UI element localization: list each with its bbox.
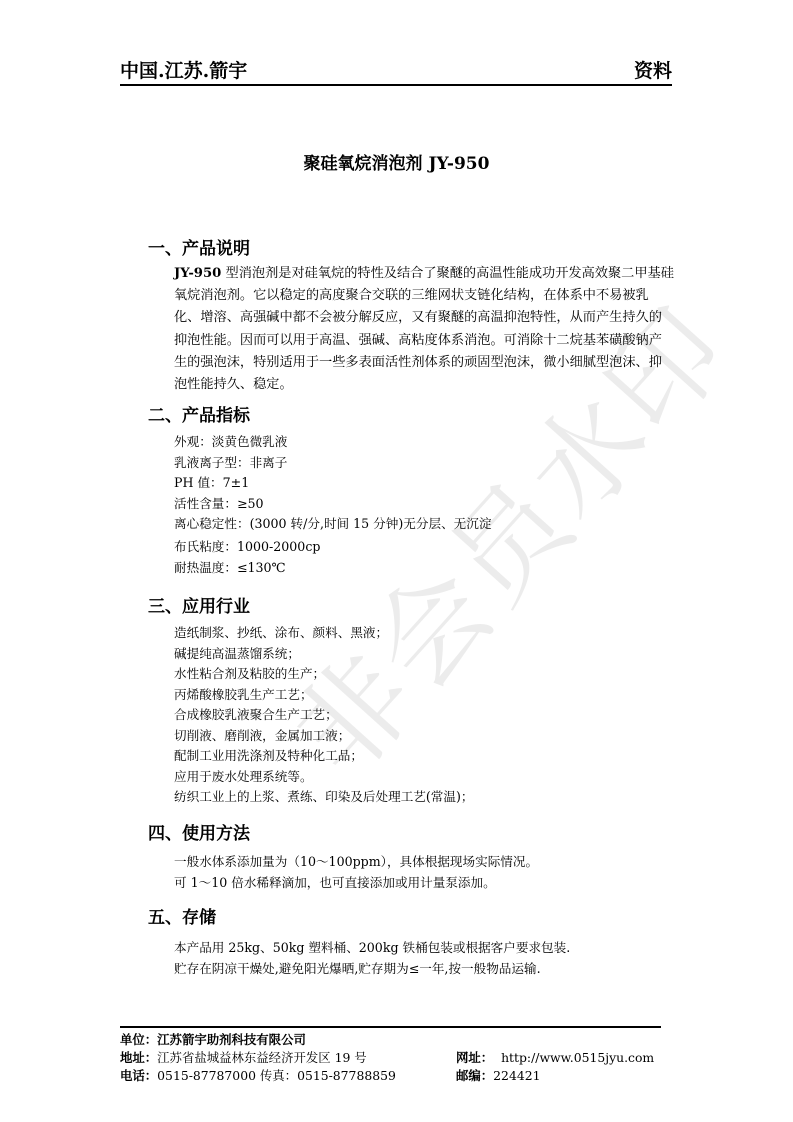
address-value: 江苏省盐城益林东益经济开发区 19 号 xyxy=(157,1050,367,1065)
spec-centrifugal-stability: 离心稳定性：(3000 转/分,时间 15 分钟)无分层、无沉淀 xyxy=(174,514,491,535)
footer-address-row: 地址：江苏省盐城益林东益经济开发区 19 号 网址： http://www.05… xyxy=(120,1048,680,1066)
description-text: 型消泡剂是对硅氧烷的特性及结合了聚醚的高温性能成功开发高效聚二甲基硅氧烷消泡剂。… xyxy=(174,266,674,392)
application-item: 切削液、磨削液，金属加工液； xyxy=(174,726,473,747)
postcode-value: 224421 xyxy=(493,1068,540,1083)
application-item: 合成橡胶乳液聚合生产工艺； xyxy=(174,705,473,726)
address-label: 地址： xyxy=(120,1050,157,1065)
website-link[interactable]: http://www.0515jyu.com xyxy=(501,1050,654,1065)
spec-viscosity: 布氏粘度：1000-2000cp xyxy=(174,537,491,558)
spec-appearance: 外观：淡黄色微乳液 xyxy=(174,432,491,453)
storage-list: 本产品用 25kg、50kg 塑料桶、200kg 铁桶包装或根据客户要求包装. … xyxy=(174,937,570,979)
storage-item: 贮存在阴凉干燥处,避免阳光爆晒,贮存期为≤一年,按一般物品运输. xyxy=(174,958,570,979)
section-description-paragraph: JY-950 型消泡剂是对硅氧烷的特性及结合了聚醚的高温性能成功开发高效聚二甲基… xyxy=(174,263,674,396)
website-label: 网址： xyxy=(456,1050,493,1065)
application-item: 应用于废水处理系统等。 xyxy=(174,767,473,788)
application-item: 丙烯酸橡胶乳生产工艺； xyxy=(174,685,473,706)
product-code: JY-950 xyxy=(174,266,221,281)
usage-list: 一般水体系添加量为（10～100ppm），具体根据现场实际情况。 可 1～10 … xyxy=(174,851,538,893)
postcode-group: 邮编：224421 xyxy=(456,1066,540,1084)
applications-list: 造纸制浆、抄纸、涂布、颜料、黑液； 碱提纯高温蒸馏系统； 水性粘合剂及粘胶的生产… xyxy=(174,623,473,808)
section-heading-description: 一、产品说明 xyxy=(148,234,250,259)
application-item: 配制工业用洗涤剂及特种化工品； xyxy=(174,746,473,767)
footer-divider xyxy=(120,1026,661,1028)
header-left: 中国.江苏.箭宇 xyxy=(120,56,247,83)
phone-label: 电话： xyxy=(120,1068,157,1083)
storage-item: 本产品用 25kg、50kg 塑料桶、200kg 铁桶包装或根据客户要求包装. xyxy=(174,937,570,958)
spec-ionic-type: 乳液离子型：非离子 xyxy=(174,453,491,474)
application-item: 碱提纯高温蒸馏系统； xyxy=(174,644,473,665)
section-heading-applications: 三、应用行业 xyxy=(148,592,250,617)
section-heading-usage: 四、使用方法 xyxy=(148,819,250,844)
application-item: 纺织工业上的上浆、煮练、印染及后处理工艺(常温)； xyxy=(174,787,473,808)
postcode-label: 邮编： xyxy=(456,1068,493,1083)
footer-company-row: 单位：江苏箭宇助剂科技有限公司 xyxy=(120,1030,306,1048)
section-heading-specs: 二、产品指标 xyxy=(148,401,250,426)
application-item: 造纸制浆、抄纸、涂布、颜料、黑液； xyxy=(174,623,473,644)
page-header: 中国.江苏.箭宇 资料 xyxy=(120,56,672,86)
website-group: 网址： http://www.0515jyu.com xyxy=(456,1048,654,1066)
phone-value: 0515-87787000 传真：0515-87788859 xyxy=(157,1068,396,1083)
company-name: 江苏箭宇助剂科技有限公司 xyxy=(157,1032,306,1047)
document-page: 非会员水印 中国.江苏.箭宇 资料 聚硅氧烷消泡剂 JY-950 一、产品说明 … xyxy=(0,0,793,1122)
company-label: 单位： xyxy=(120,1032,157,1047)
spec-active-content: 活性含量：≥50 xyxy=(174,494,491,515)
specs-list: 外观：淡黄色微乳液 乳液离子型：非离子 PH 值：7±1 活性含量：≥50 离心… xyxy=(174,432,491,578)
document-title: 聚硅氧烷消泡剂 JY-950 xyxy=(0,149,793,174)
spec-heat-resistance: 耐热温度：≤130℃ xyxy=(174,558,491,579)
footer-phone-row: 电话：0515-87787000 传真：0515-87788859 邮编：224… xyxy=(120,1066,680,1084)
header-right: 资料 xyxy=(634,56,672,83)
usage-item: 可 1～10 倍水稀释滴加，也可直接添加或用计量泵添加。 xyxy=(174,872,538,893)
application-item: 水性粘合剂及粘胶的生产； xyxy=(174,664,473,685)
section-heading-storage: 五、存储 xyxy=(148,903,216,928)
usage-item: 一般水体系添加量为（10～100ppm），具体根据现场实际情况。 xyxy=(174,851,538,872)
spec-ph: PH 值：7±1 xyxy=(174,473,491,494)
